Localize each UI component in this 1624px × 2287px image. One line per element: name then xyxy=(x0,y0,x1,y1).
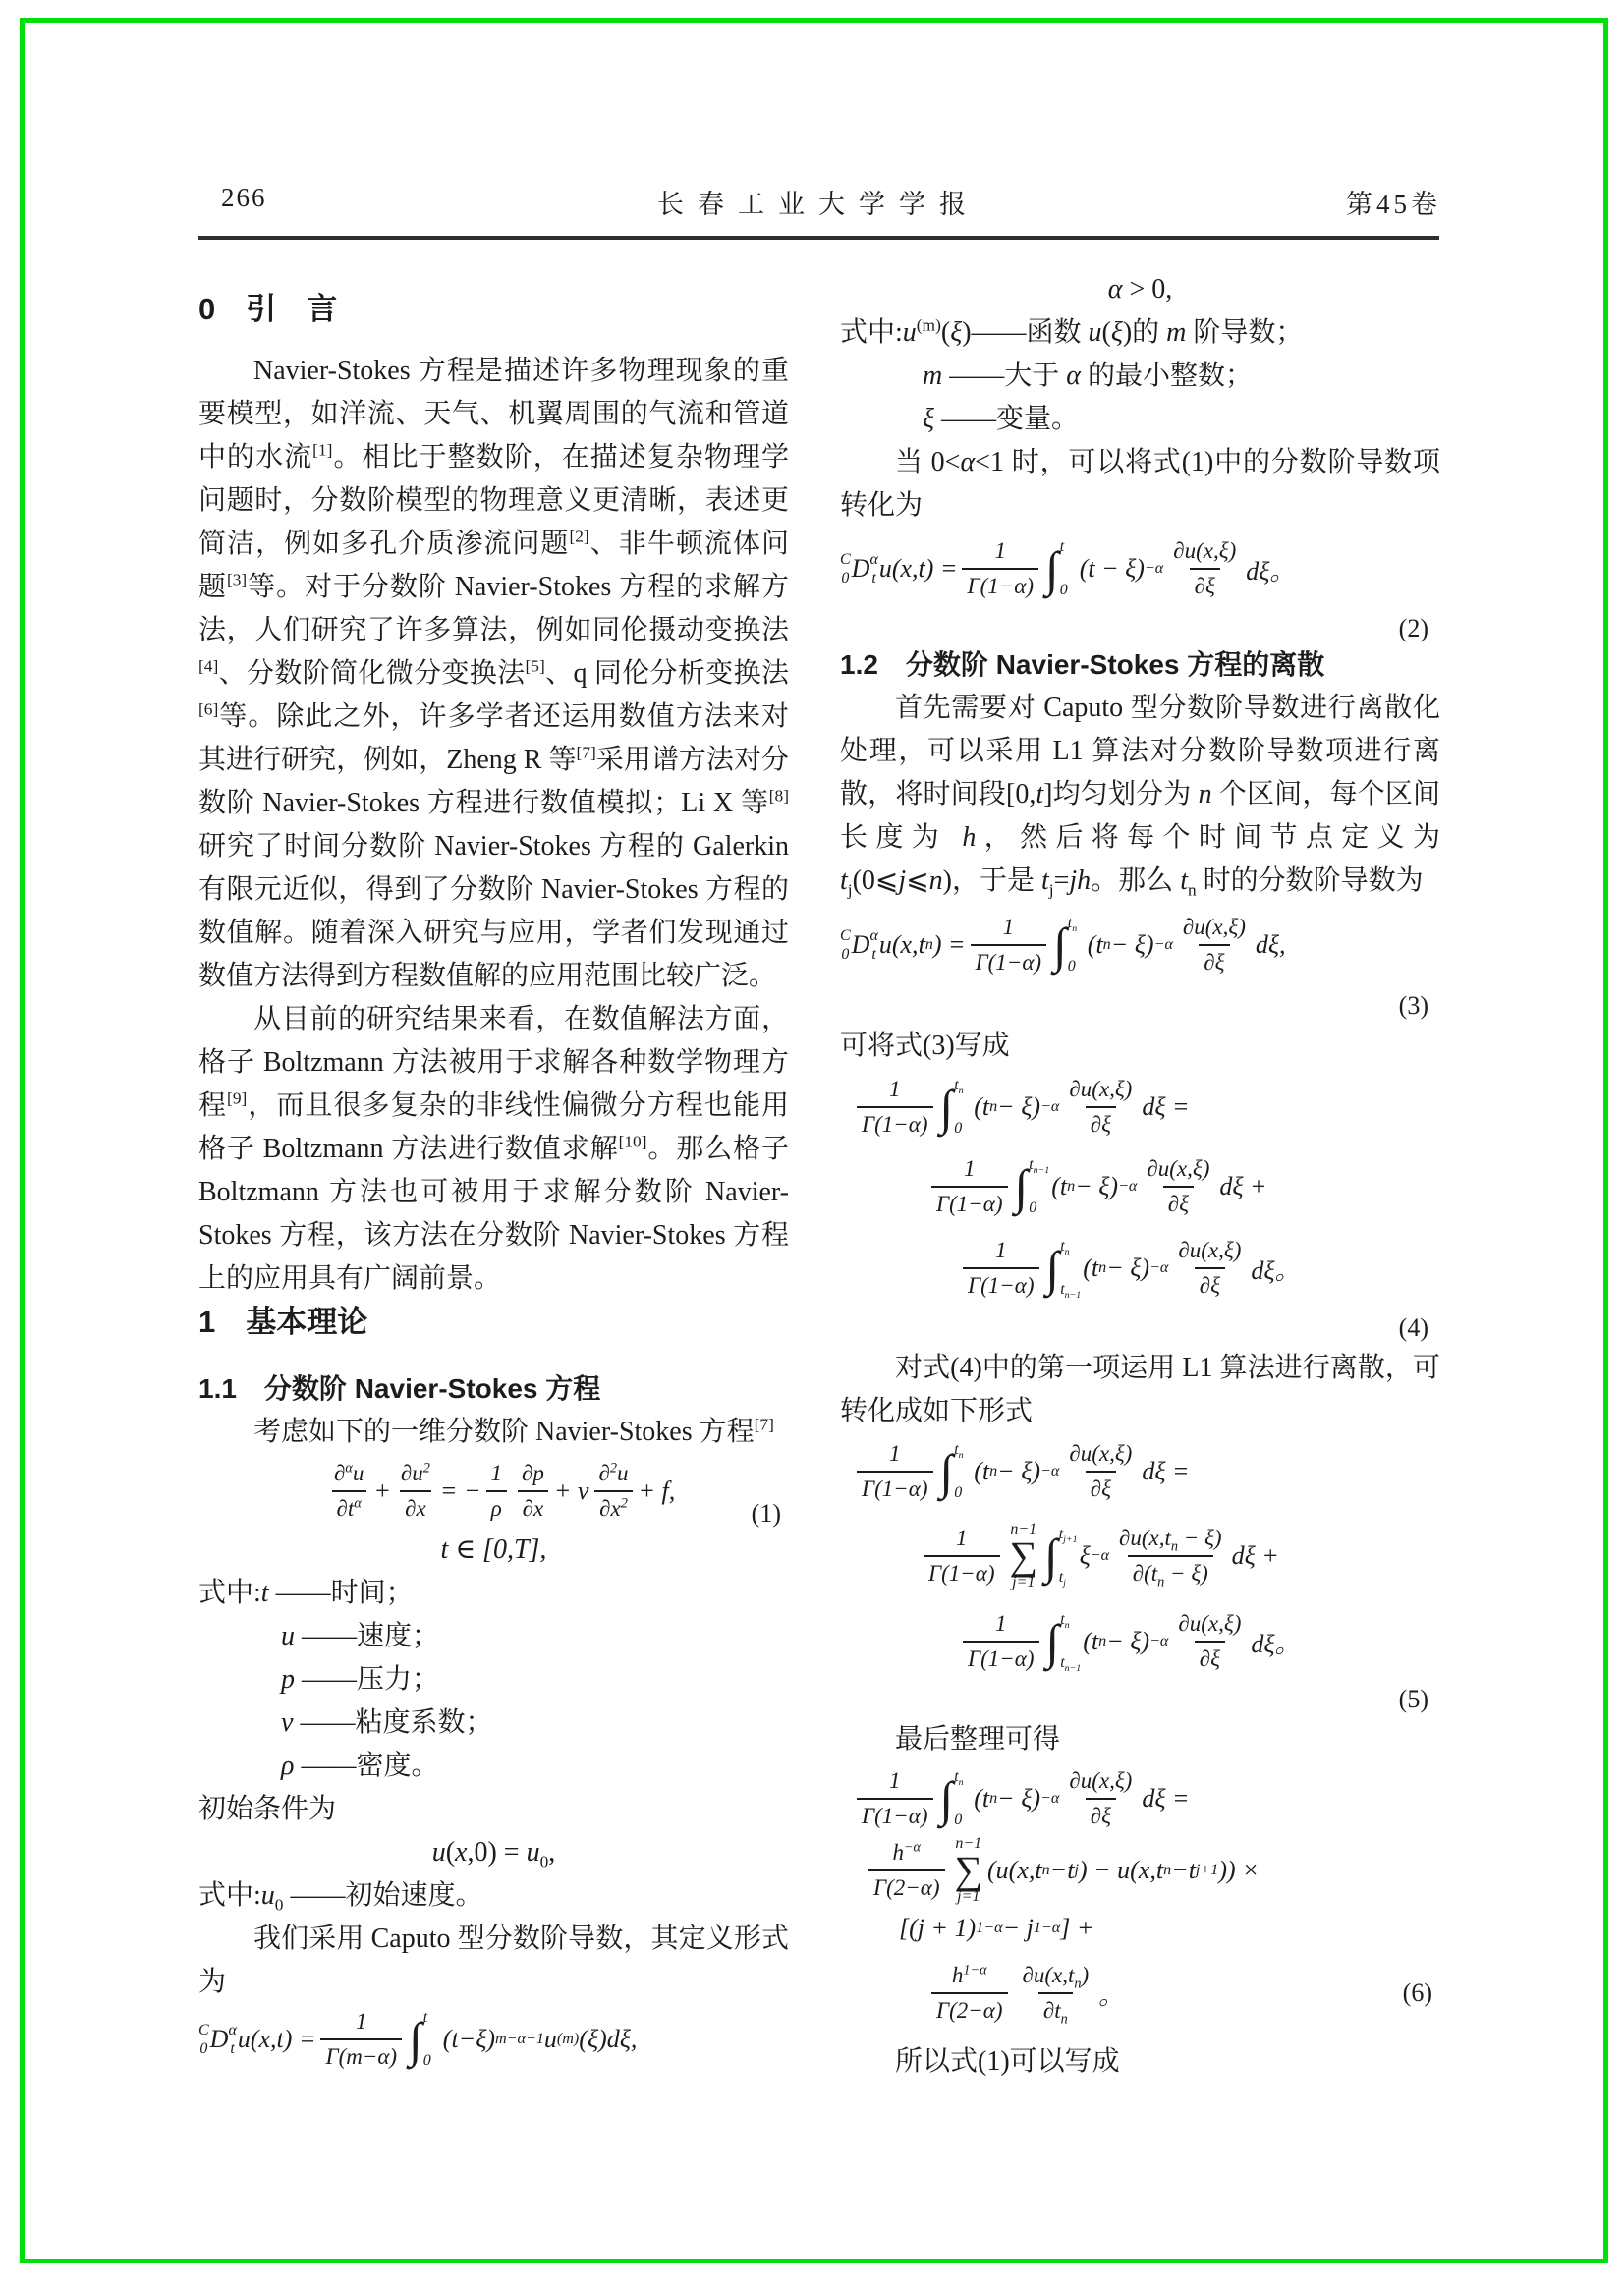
text-run: ∂ξ xyxy=(1200,1273,1220,1298)
fraction-denominator: ∂ξ xyxy=(1086,1798,1116,1830)
text-run: Γ(m−α) xyxy=(325,2044,397,2069)
text-run: ∂u(x,ξ) xyxy=(1147,1156,1209,1181)
fraction-numerator: ∂u(x,ξ) xyxy=(1064,1440,1137,1471)
superscript-ref: [7] xyxy=(577,744,596,762)
superscript-ref: 1−α xyxy=(963,1963,986,1979)
superscript-ref: [3] xyxy=(227,571,247,589)
sum-lower-limit: j=1 xyxy=(1012,1575,1035,1590)
text-run: T xyxy=(514,1534,530,1565)
math-run: t xyxy=(1095,930,1102,960)
fraction-numerator: ∂u(x,tn − ξ) xyxy=(1114,1525,1227,1555)
text-run: Γ(1−α) xyxy=(862,1112,928,1137)
text-run: u xyxy=(432,1837,446,1868)
fraction-numerator: ∂2u xyxy=(593,1460,633,1490)
text-run: ∂ξ xyxy=(1200,1646,1220,1671)
equation-1-block: ∂αu∂tα + ∂u2∂x = −1ρ∂p∂x + ν∂2u∂x2 + f, … xyxy=(198,1454,789,1572)
journal-title: 长春工业大学学报 xyxy=(657,183,980,221)
math-run: u(x,t) = xyxy=(879,554,958,584)
text-run: u xyxy=(617,1461,629,1485)
equation-6-line-4: h1−αΓ(2−α)∂u(x,tn)∂tn。 (6) xyxy=(840,1952,1440,2035)
equation-4-block: 1Γ(1−α)∫tn0(tn − ξ)−α∂u(x,ξ)∂ξdξ = 1Γ(1−… xyxy=(840,1068,1440,1347)
math-run: ) = xyxy=(933,930,966,960)
fraction-numerator: ∂p xyxy=(517,1460,549,1490)
sigma-sign: ∑ xyxy=(1010,1537,1038,1575)
stacked-top-script: C xyxy=(840,926,851,945)
text-run: ——速度； xyxy=(295,1621,439,1651)
text-run: ∂ξ xyxy=(1091,1112,1111,1137)
text-run: ∂ xyxy=(598,1461,609,1485)
equation-5-line-2: 1Γ(1−α)n−1∑j=1∫tj+1tjξ−α∂u(x,tn − ξ)∂(tn… xyxy=(840,1510,1440,1602)
text-run: ( xyxy=(1102,317,1111,348)
math-run: (u(x, xyxy=(987,1856,1035,1885)
superscript-ref: [4] xyxy=(198,657,218,676)
math-int: ∫tn0 xyxy=(940,1442,973,1501)
superscript-ref: [9] xyxy=(227,1089,247,1108)
math-frac: ∂2u∂x2 xyxy=(593,1460,633,1522)
math-stk: αt xyxy=(228,2021,236,2058)
equation-5-line-1: 1Γ(1−α)∫tn0(tn − ξ)−α∂u(x,ξ)∂ξdξ = xyxy=(840,1433,1440,1510)
text-run: t xyxy=(1060,538,1064,555)
paragraph-initial-condition: 初始条件为 xyxy=(198,1788,789,1831)
text-run: 考虑如下的一维分数阶 Navier-Stokes 方程 xyxy=(253,1417,755,1447)
text-run: t xyxy=(1036,779,1043,809)
text-run: ——大于 xyxy=(942,361,1066,391)
math-run: ( xyxy=(1083,1627,1092,1656)
left-column: 0 引 言 Navier-Stokes 方程是描述许多物理现象的重要模型，如洋流… xyxy=(198,260,789,2081)
paragraph-consider: 考虑如下的一维分数阶 Navier-Stokes 方程[7] xyxy=(198,1411,789,1454)
math-run: (t−ξ) xyxy=(443,2025,495,2054)
fraction-denominator: Γ(1−α) xyxy=(857,1798,933,1830)
math-run: t xyxy=(1060,1172,1067,1201)
equation-5-line-3: 1Γ(1−α)∫tntn−1(tn − ξ)−α∂u(x,ξ)∂ξdξ。 xyxy=(840,1602,1440,1681)
text-run: t xyxy=(840,865,848,896)
math-run: u xyxy=(544,2025,557,2054)
fraction-denominator: Γ(1−α) xyxy=(857,1471,933,1503)
text-run: Γ(2−α) xyxy=(936,1998,1003,2023)
fraction-numerator: 1 xyxy=(990,1610,1012,1641)
superscript-ref: [7] xyxy=(755,1416,774,1434)
math-int: ∫tn0 xyxy=(940,1769,973,1828)
stacked-bottom-script: t xyxy=(230,2039,234,2058)
text-run: u xyxy=(903,317,917,348)
text-run: ∂u(x,ξ) xyxy=(1069,1441,1132,1466)
math-run: ( xyxy=(1051,1172,1060,1201)
equation-5-label: (5) xyxy=(840,1681,1440,1718)
text-run: 时的分数阶导数为 xyxy=(1197,865,1424,896)
text-run: t xyxy=(1180,865,1188,896)
fraction-numerator: 1 xyxy=(989,537,1011,568)
subscript: n−1 xyxy=(1065,1290,1082,1301)
subsection-heading-1-1: 1.1 分数阶 Navier-Stokes 方程 xyxy=(198,1367,789,1411)
text-run: Γ(1−α) xyxy=(928,1561,995,1586)
fraction-numerator: 1 xyxy=(884,1440,906,1471)
text-run: m xyxy=(1166,317,1186,348)
math-run: − ξ) xyxy=(1111,930,1154,960)
math-frac: 1Γ(1−α) xyxy=(962,537,1038,599)
math-run: − ξ) xyxy=(997,1784,1040,1813)
integral-limits: tn0 xyxy=(954,1078,972,1137)
text-run: 0 xyxy=(954,1120,962,1137)
where-list-line: ξ ——变量。 xyxy=(840,398,1440,441)
text-run: ∂x xyxy=(405,1496,426,1521)
text-run: ——压力； xyxy=(295,1664,439,1695)
math-run: dξ。 xyxy=(1251,1251,1300,1287)
text-run: p xyxy=(281,1664,295,1695)
section-heading-intro: 0 引 言 xyxy=(198,288,789,331)
text-run: ∂ξ xyxy=(1195,574,1215,598)
math-run: u(x, xyxy=(879,930,919,960)
upper-limit: tn−1 xyxy=(1029,1157,1049,1173)
upper-limit: tn xyxy=(954,1078,972,1093)
fraction-denominator: ∂ξ xyxy=(1163,1186,1194,1218)
subscript: n xyxy=(959,1086,964,1096)
text-run: 1 xyxy=(889,1441,901,1466)
equation-1-condition: t ∈ [0,T], xyxy=(198,1529,789,1572)
fraction-numerator: h−α xyxy=(887,1839,925,1869)
text-run: 式中: xyxy=(198,1578,261,1608)
paragraph-caputo: 我们采用 Caputo 型分数阶导数，其定义形式为 xyxy=(198,1918,789,2004)
math-frac: ∂p∂x xyxy=(517,1460,549,1522)
equation-4-label: (4) xyxy=(840,1310,1440,1347)
math-frac: 1Γ(1−α) xyxy=(963,1610,1039,1672)
text-run: ——粘度系数； xyxy=(293,1707,492,1738)
text-run: 阶导数； xyxy=(1186,317,1303,348)
fraction-numerator: 1 xyxy=(990,1237,1012,1267)
math-frac: ∂u(x,ξ)∂ξ xyxy=(1064,1767,1137,1829)
integral-limits: tn−10 xyxy=(1029,1157,1049,1216)
math-run: − j xyxy=(1003,1914,1034,1943)
text-run: h xyxy=(952,1963,964,1987)
text-run: > 0, xyxy=(1122,274,1172,305)
paragraph-rewrite-3: 可将式(3)写成 xyxy=(840,1025,1440,1068)
math-run: (t − ξ) xyxy=(1080,554,1145,584)
math-run: = − xyxy=(440,1477,481,1506)
stacked-top-script: α xyxy=(869,550,877,569)
integral-sign: ∫ xyxy=(409,2019,422,2061)
text-run: 1 xyxy=(1003,915,1015,939)
fraction-numerator: 1 xyxy=(884,1076,906,1106)
text-run: ，然后将每个时间节点定义为 xyxy=(976,822,1440,853)
where-list-line: u ——速度； xyxy=(198,1615,789,1658)
text-run: u xyxy=(353,1461,364,1485)
fraction-denominator: ∂x xyxy=(518,1490,549,1523)
text-run: (0⩽ xyxy=(853,865,899,896)
math-int: ∫t0 xyxy=(409,2010,441,2069)
math-stk: αt xyxy=(869,550,877,587)
equation-1-label: (1) xyxy=(752,1499,781,1529)
text-run: ( xyxy=(446,1837,455,1868)
integral-limits: tn0 xyxy=(954,1442,972,1501)
math-stk: C0 xyxy=(198,2021,209,2058)
text-run: ∂u(x,ξ) xyxy=(1069,1077,1132,1101)
text-run: 0 xyxy=(1060,582,1068,598)
math-run: D xyxy=(210,2025,229,2054)
text-run: − ξ) xyxy=(1164,1561,1208,1586)
equation-6-line-4-math: h1−αΓ(2−α)∂u(x,tn)∂tn。 xyxy=(926,1952,1124,2035)
text-run: m xyxy=(923,361,942,391)
math-run: − ξ) xyxy=(1075,1172,1118,1201)
text-run: ∈ [0, xyxy=(448,1534,514,1565)
text-run: 1 xyxy=(889,1077,901,1101)
fraction-denominator: ∂ξ xyxy=(1195,1267,1225,1300)
math-sum: n−1∑j=1 xyxy=(955,1836,983,1905)
subscript: n−1 xyxy=(1065,1663,1082,1674)
text-run: u xyxy=(527,1837,540,1868)
text-run: ]均匀划分为 xyxy=(1043,779,1199,809)
math-run: − xyxy=(1050,1856,1068,1885)
text-run: = xyxy=(1054,865,1070,896)
superscript-ref: α xyxy=(345,1461,352,1477)
lower-limit: tn−1 xyxy=(1060,1282,1081,1298)
integral-sign: ∫ xyxy=(1046,1621,1060,1663)
math-frac: h1−αΓ(2−α) xyxy=(931,1962,1008,2024)
paragraph-intro-2: 从目前的研究结果来看，在数值解法方面，格子 Boltzmann 方法被用于求解各… xyxy=(198,998,789,1301)
math-int: ∫tn0 xyxy=(940,1078,973,1137)
text-run: ρ xyxy=(491,1496,502,1521)
upper-limit: tn xyxy=(1060,1612,1081,1628)
where-list-line: p ——压力； xyxy=(198,1658,789,1701)
paragraph-intro-1: Navier-Stokes 方程是描述许多物理现象的重要模型，如洋流、天气、机翼… xyxy=(198,350,789,998)
math-int: ∫tntn−1 xyxy=(1046,1239,1082,1298)
text-run: ρ xyxy=(281,1751,294,1781)
math-run: − ξ) xyxy=(997,1092,1040,1122)
text-run: 1 xyxy=(964,1156,976,1181)
superscript-ref: [6] xyxy=(198,700,218,719)
subscript: 0 xyxy=(540,1853,549,1871)
math-run: dξ。 xyxy=(1246,551,1295,587)
math-run: − xyxy=(1171,1856,1189,1885)
text-run: ⩽ xyxy=(906,865,928,896)
stacked-bottom-script: t xyxy=(871,569,875,587)
text-run: ∂u(x,ξ) xyxy=(1173,538,1236,563)
math-frac: h−αΓ(2−α) xyxy=(868,1839,945,1901)
math-frac: ∂u(x,ξ)∂ξ xyxy=(1064,1076,1137,1138)
text-run: t xyxy=(261,1578,269,1608)
fraction-denominator: Γ(2−α) xyxy=(868,1869,945,1902)
text-run: ∂t xyxy=(337,1496,355,1521)
fraction-numerator: ∂u2 xyxy=(396,1460,435,1490)
math-int: ∫tj+1tj xyxy=(1044,1527,1078,1586)
fraction-denominator: Γ(m−α) xyxy=(320,2038,402,2071)
math-stk: αt xyxy=(869,926,877,964)
equation-6-label: (6) xyxy=(1403,1979,1432,2008)
where-list-line: 式中:u(m)(ξ)——函数 u(ξ)的 m 阶导数； xyxy=(840,311,1440,355)
text-run: ∂u xyxy=(401,1461,423,1485)
fraction-numerator: h1−α xyxy=(947,1962,992,1992)
text-run: − ξ) xyxy=(1178,1526,1222,1550)
superscript-ref: −α xyxy=(904,1840,921,1856)
math-run: t xyxy=(1092,1627,1098,1656)
upper-limit: tn xyxy=(954,1769,972,1785)
integral-sign: ∫ xyxy=(1044,1535,1058,1578)
math-frac: ∂u(x,ξ)∂ξ xyxy=(1178,914,1251,976)
math-frac: 1Γ(1−α) xyxy=(931,1155,1008,1217)
fraction-denominator: ∂ξ xyxy=(1199,944,1229,976)
math-run: + ν xyxy=(554,1477,589,1506)
where-list-line: 式中:t ——时间； xyxy=(198,1572,789,1615)
fraction-numerator: 1 xyxy=(486,1460,508,1490)
math-run: [(j + 1) xyxy=(899,1914,976,1943)
equation-6-line-2: h−αΓ(2−α)n−1∑j=1(u(x,tn − tj) − u(x,tn −… xyxy=(840,1836,1440,1905)
text-run: 1 xyxy=(356,2009,367,2034)
math-run: t xyxy=(982,1457,989,1486)
text-run: 研究了时间分数阶 Navier-Stokes 方程的 Galerkin 有限元近… xyxy=(198,831,789,991)
fraction-denominator: ∂ξ xyxy=(1195,1641,1225,1673)
text-run: 、q 同伦分析变换法 xyxy=(545,658,789,689)
fraction-numerator: 1 xyxy=(351,2008,372,2038)
fraction-denominator: Γ(1−α) xyxy=(962,568,1038,600)
fraction-numerator: 1 xyxy=(951,1525,973,1555)
text-run: u xyxy=(261,1880,275,1911)
text-run: ) xyxy=(1082,1963,1090,1987)
math-frac: ∂u(x,tn − ξ)∂(tn − ξ) xyxy=(1114,1525,1227,1587)
integral-limits: tn0 xyxy=(1068,916,1086,975)
text-run: n xyxy=(1199,779,1212,809)
math-frac: 1Γ(1−α) xyxy=(963,1237,1039,1299)
fraction-denominator: ∂x xyxy=(400,1490,431,1523)
text-run: 1 xyxy=(491,1461,503,1485)
text-run: 的最小整数； xyxy=(1081,361,1253,391)
equation-2: C0Dαtu(x,t) = 1Γ(1−α)∫t0(t − ξ)−α∂u(x,ξ)… xyxy=(840,528,1440,610)
text-run: ∂u(x,ξ) xyxy=(1183,915,1246,939)
subscript: n xyxy=(1074,1977,1081,1992)
lower-limit: 0 xyxy=(954,1813,972,1828)
math-run: ) − u(x, xyxy=(1079,1856,1156,1885)
equation-4-line-2: 1Γ(1−α)∫tn−10(tn − ξ)−α∂u(x,ξ)∂ξdξ + xyxy=(840,1146,1440,1227)
text-run: h xyxy=(892,1840,904,1865)
equation-1: ∂αu∂tα + ∂u2∂x = −1ρ∂p∂x + ν∂2u∂x2 + f, xyxy=(198,1454,789,1529)
math-run: t xyxy=(982,1092,989,1122)
lower-limit: tn−1 xyxy=(1060,1655,1081,1671)
stacked-bottom-script: 0 xyxy=(841,569,849,587)
upper-limit: tj+1 xyxy=(1059,1527,1078,1542)
math-frac: 1ρ xyxy=(486,1460,508,1522)
fraction-denominator: ∂ξ xyxy=(1190,568,1220,600)
text-run: ∂u(x, xyxy=(1023,1963,1068,1987)
text-run: 1 xyxy=(889,1768,901,1793)
math-frac: ∂αu∂tα xyxy=(329,1460,368,1522)
text-run: h xyxy=(962,822,976,853)
text-run: ξ xyxy=(950,317,962,348)
text-run: u xyxy=(281,1621,295,1651)
text-run: ∂x xyxy=(599,1496,621,1521)
text-run: ν xyxy=(281,1707,293,1738)
superscript-ref: [5] xyxy=(526,657,545,676)
superscript-ref: [1] xyxy=(312,441,332,460)
math-run: + xyxy=(373,1477,391,1506)
fraction-denominator: ∂tn xyxy=(1038,1992,1073,2025)
integral-sign: ∫ xyxy=(940,1451,954,1493)
integral-limits: tn0 xyxy=(954,1769,972,1828)
paragraph-so-eq1: 所以式(1)可以写成 xyxy=(840,2040,1440,2084)
math-run: + f, xyxy=(638,1477,675,1506)
text-run: α xyxy=(1108,274,1123,305)
text-run: 0 xyxy=(1068,958,1076,975)
math-run: ( xyxy=(1083,1254,1092,1283)
integral-sign: ∫ xyxy=(1015,1166,1029,1208)
sigma-sign: ∑ xyxy=(955,1852,983,1889)
text-run: ,0) = xyxy=(467,1837,526,1868)
math-run: ( xyxy=(974,1092,982,1122)
text-run: 1 xyxy=(995,1238,1007,1262)
upper-limit: tn xyxy=(954,1442,972,1458)
math-run: dξ = xyxy=(1142,1092,1189,1122)
fraction-denominator: ∂(tn − ξ) xyxy=(1128,1555,1213,1588)
fraction-numerator: ∂u(x,ξ) xyxy=(1173,1610,1246,1641)
text-run: 1 xyxy=(994,538,1006,563)
integral-limits: tntn−1 xyxy=(1060,1612,1081,1671)
stacked-bottom-script: 0 xyxy=(841,945,849,964)
journal-page: 266 长春工业大学学报 第45卷 0 引 言 Navier-Stokes 方程… xyxy=(0,0,1624,2287)
math-run: ( xyxy=(974,1784,982,1813)
paragraph-when-alpha: 当 0<α<1 时，可以将式(1)中的分数阶导数项转化为 xyxy=(840,441,1440,528)
math-run: D xyxy=(852,554,870,584)
math-run: dξ。 xyxy=(1251,1624,1300,1660)
integral-sign: ∫ xyxy=(940,1778,954,1820)
stacked-top-script: C xyxy=(840,550,851,569)
fraction-numerator: 1 xyxy=(959,1155,980,1186)
text-run: 对式(4)中的第一项运用 L1 算法进行离散，可转化成如下形式 xyxy=(840,1353,1440,1426)
text-run: j=1 xyxy=(957,1888,980,1905)
subscript: n xyxy=(1072,923,1077,934)
text-run: jh xyxy=(1069,865,1091,896)
volume-number: 第45卷 xyxy=(1346,183,1441,221)
subsection-heading-1-2: 1.2 分数阶 Navier-Stokes 方程的离散 xyxy=(840,643,1440,687)
math-frac: ∂u(x,ξ)∂ξ xyxy=(1173,1237,1246,1299)
fraction-numerator: ∂u(x,ξ) xyxy=(1064,1076,1137,1106)
text-run: t xyxy=(1041,865,1049,896)
superscript-ref: [2] xyxy=(569,528,588,546)
text-run: 当 0< xyxy=(895,447,960,477)
superscript-ref: 2 xyxy=(621,1495,628,1511)
math-frac: ∂u(x,ξ)∂ξ xyxy=(1142,1155,1214,1217)
subscript: n xyxy=(1188,881,1197,900)
text-run: ξ xyxy=(923,404,934,434)
text-run: j=1 xyxy=(1012,1574,1035,1590)
subscript: n−1 xyxy=(1034,1165,1050,1176)
alpha-condition: α > 0, xyxy=(840,268,1440,311)
lower-limit: 0 xyxy=(1060,583,1078,598)
text-run: ∂ξ xyxy=(1091,1804,1111,1828)
math-int: ∫tn−10 xyxy=(1015,1157,1050,1216)
text-run: 0 xyxy=(954,1484,962,1501)
text-run: 、分数阶简化微分变换法 xyxy=(218,658,525,689)
subscript: n xyxy=(959,1777,964,1788)
text-run: ξ xyxy=(1111,317,1123,348)
integral-sign: ∫ xyxy=(940,1087,954,1129)
math-sum: n−1∑j=1 xyxy=(1010,1522,1038,1590)
text-run: t xyxy=(423,2009,427,2026)
fraction-numerator: ∂u(x,tn) xyxy=(1018,1962,1094,1992)
subscript: n xyxy=(1061,2012,1068,2028)
text-run: 式中: xyxy=(840,317,903,348)
math-run: dξ = xyxy=(1142,1457,1189,1486)
section-heading-theory: 1 基本理论 xyxy=(198,1301,789,1344)
where-initial-speed: 式中:u0 ——初始速度。 xyxy=(198,1874,789,1918)
equation-6-line-1: 1Γ(1−α)∫tn0(tn − ξ)−α∂u(x,ξ)∂ξdξ = xyxy=(840,1761,1440,1836)
superscript-ref: (m) xyxy=(917,316,941,335)
text-run: ——时间； xyxy=(269,1578,414,1608)
text-run: ∂u(x,ξ) xyxy=(1069,1768,1132,1793)
text-run: 等。对于分数阶 Navier-Stokes 方程的求解方法，人们研究了许多算法，… xyxy=(198,572,789,645)
math-run: t xyxy=(1092,1254,1098,1283)
text-run: , xyxy=(548,1837,555,1868)
integral-sign: ∫ xyxy=(1045,548,1059,590)
integral-limits: t0 xyxy=(1060,539,1078,598)
math-run: − ξ) xyxy=(1106,1254,1149,1283)
equation-4-line-3: 1Γ(1−α)∫tntn−1(tn − ξ)−α∂u(x,ξ)∂ξdξ。 xyxy=(840,1227,1440,1310)
lower-limit: 0 xyxy=(954,1485,972,1501)
